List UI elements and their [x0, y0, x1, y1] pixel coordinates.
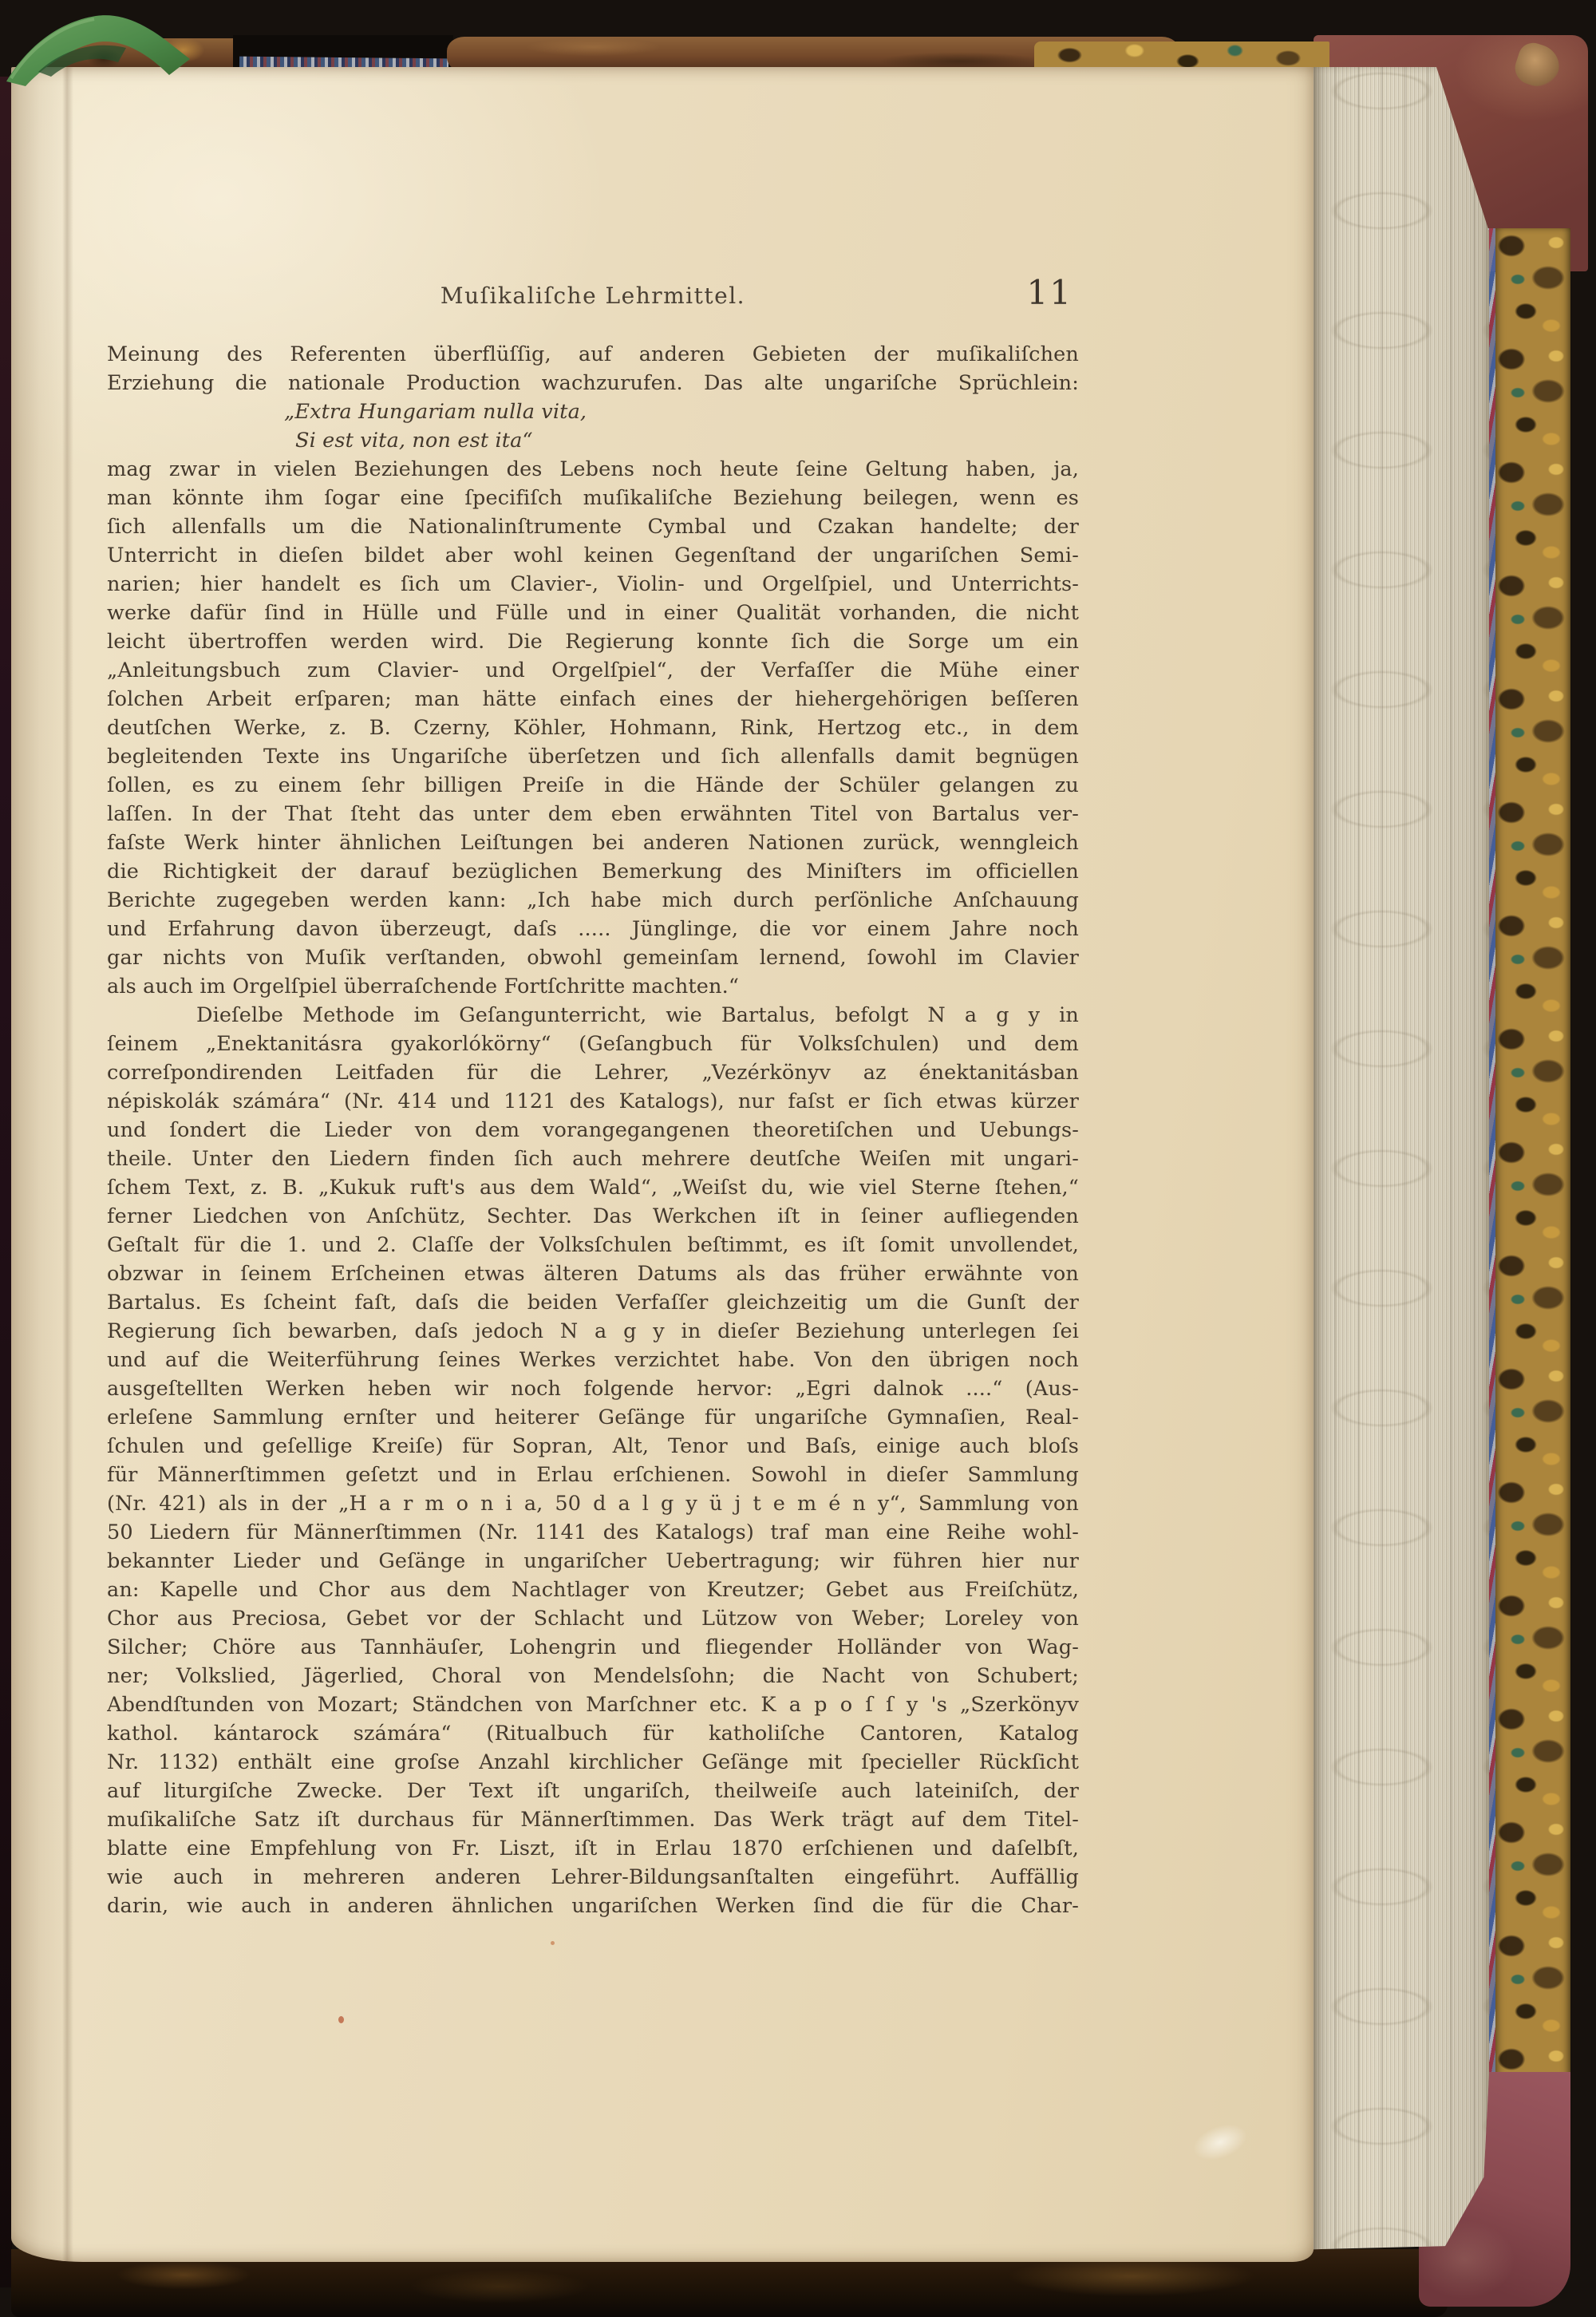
text-line: wie auch in mehreren anderen Lehrer-Bild… [107, 1863, 1079, 1892]
text-line: Nr. 1132) enthält eine groſse Anzahl kir… [107, 1748, 1079, 1777]
text-line: Chor aus Preciosa, Gebet vor der Schlach… [107, 1604, 1079, 1633]
text-line: 50 Liedern für Männerſtimmen (Nr. 1141 d… [107, 1518, 1079, 1547]
text-line: und ſondert die Lieder von dem vorangega… [107, 1116, 1079, 1145]
text-line: „Extra Hungariam nulla vita, [284, 397, 1079, 426]
text-line: ſchem Text, z. B. „Kukuk ruft's aus dem … [107, 1173, 1079, 1202]
text-line: ſeinem „Enektanitásra gyakorlókörny“ (Ge… [107, 1030, 1079, 1058]
text-line: kathol. kántarock számára“ (Ritualbuch f… [107, 1719, 1079, 1748]
text-line: werke dafür ſind in Hülle und Fülle und … [107, 599, 1079, 627]
foxing-spot [551, 1941, 555, 1945]
text-line: erleſene Sammlung ernſter und heiterer G… [107, 1403, 1079, 1432]
text-line: obzwar in ſeinem Erſcheinen etwas ältere… [107, 1259, 1079, 1288]
text-line: begleitenden Texte ins Ungariſche überſe… [107, 742, 1079, 771]
text-line: faſste Werk hinter ähnlichen Leiſtungen … [107, 828, 1079, 857]
text-line: leicht übertroffen werden wird. Die Regi… [107, 627, 1079, 656]
paper-stain [1188, 2117, 1251, 2167]
text-line: Berichte zugegeben werden kann: „Ich hab… [107, 886, 1079, 915]
text-line: man könnte ihm ſogar eine ſpecifiſch muſ… [107, 484, 1079, 512]
paragraph-quote: „Extra Hungariam nulla vita,Si est vita,… [107, 397, 1079, 455]
fore-edge-page-stack [1314, 67, 1489, 2260]
book-photo: Muſikaliſche Lehrmittel. 11 Meinung des … [0, 0, 1596, 2317]
text-line: ner; Volkslied, Jägerlied, Choral von Me… [107, 1662, 1079, 1690]
text-line: ausgeſtellten Werken heben wir noch folg… [107, 1374, 1079, 1403]
text-line: laſſen. In der That ſteht das unter dem … [107, 800, 1079, 828]
text-line: ſchulen und geſellige Kreiſe) für Sopran… [107, 1432, 1079, 1461]
text-line: Abendſtunden von Mozart; Ständchen von M… [107, 1690, 1079, 1719]
book-page: Muſikaliſche Lehrmittel. 11 Meinung des … [11, 67, 1314, 2262]
text-line: népiskolák számára“ (Nr. 414 und 1121 de… [107, 1087, 1079, 1116]
text-line: ſich allenfalls um die Nationalinſtrumen… [107, 512, 1079, 541]
text-line: ferner Liedchen von Anſchütz, Sechter. D… [107, 1202, 1079, 1231]
text-line: ſollen, es zu einem ſehr billigen Preiſe… [107, 771, 1079, 800]
text-line: bekannter Lieder und Geſänge in ungariſc… [107, 1547, 1079, 1576]
text-line: Si est vita, non est ita“ [295, 426, 1079, 455]
text-line: „Anleitungsbuch zum Clavier- und Orgelſp… [107, 656, 1079, 685]
page-number: 11 [1027, 273, 1073, 312]
paragraph-body: Dieſelbe Methode im Geſangunterricht, wi… [107, 1001, 1079, 1920]
text-line: Regierung ſich bewarben, daſs jedoch N a… [107, 1317, 1079, 1346]
text-line: und auf die Weiterführung ſeines Werkes … [107, 1346, 1079, 1374]
text-line: gar nichts von Muſik verſtanden, obwohl … [107, 943, 1079, 972]
left-cover-edge [0, 77, 12, 2287]
text-line: deutſchen Werke, z. B. Czerny, Köhler, H… [107, 714, 1079, 742]
text-line: correſpondirenden Leitfaden für die Lehr… [107, 1058, 1079, 1087]
paragraph-continuation: Meinung des Referenten überflüſſig, auf … [107, 340, 1079, 397]
text-line: narien; hier handelt es ſich um Clavier-… [107, 570, 1079, 599]
text-line: auf liturgiſche Zwecke. Der Text iſt ung… [107, 1777, 1079, 1805]
bookmark-ribbon [3, 2, 211, 97]
text-line: ſolchen Arbeit erſparen; man hätte einfa… [107, 685, 1079, 714]
text-line: theile. Unter den Liedern finden ſich au… [107, 1145, 1079, 1173]
text-line: (Nr. 421) als in der „H a r m o n i a, 5… [107, 1489, 1079, 1518]
text-line: Silcher; Chöre aus Tannhäuſer, Lohengrin… [107, 1633, 1079, 1662]
text-line: Dieſelbe Methode im Geſangunterricht, wi… [107, 1001, 1079, 1030]
text-line: darin, wie auch in anderen ähnlichen ung… [107, 1892, 1079, 1920]
text-line: mag zwar in vielen Beziehungen des Leben… [107, 455, 1079, 484]
text-line: Unterricht in dieſen bildet aber wohl ke… [107, 541, 1079, 570]
text-block: Meinung des Referenten überflüſſig, auf … [107, 340, 1079, 1920]
text-line: die Richtigkeit der darauf bezüglichen B… [107, 857, 1079, 886]
text-line: muſikaliſche Satz iſt durchaus für Männe… [107, 1805, 1079, 1834]
text-line: als auch im Orgelſpiel überraſchende For… [107, 972, 1079, 1001]
text-line: für Männerſtimmen geſetzt und in Erlau e… [107, 1461, 1079, 1489]
foxing-spot [338, 2016, 344, 2023]
text-line: Meinung des Referenten überflüſſig, auf … [107, 340, 1079, 369]
page-title: Muſikaliſche Lehrmittel. [107, 283, 1079, 309]
text-line: und Erfahrung davon überzeugt, daſs ....… [107, 915, 1079, 943]
text-line: Erziehung die nationale Production wachz… [107, 369, 1079, 397]
text-line: an: Kapelle und Chor aus dem Nachtlager … [107, 1576, 1079, 1604]
running-head: Muſikaliſche Lehrmittel. 11 [107, 283, 1079, 330]
text-line: blatte eine Empfehlung von Fr. Liszt, iſ… [107, 1834, 1079, 1863]
marbled-board-edge [1495, 228, 1570, 2082]
text-line: Geſtalt für die 1. und 2. Claſſe der Vol… [107, 1231, 1079, 1259]
paragraph-continuation: mag zwar in vielen Beziehungen des Leben… [107, 455, 1079, 1001]
text-line: Bartalus. Es ſcheint faſt, daſs die beid… [107, 1288, 1079, 1317]
